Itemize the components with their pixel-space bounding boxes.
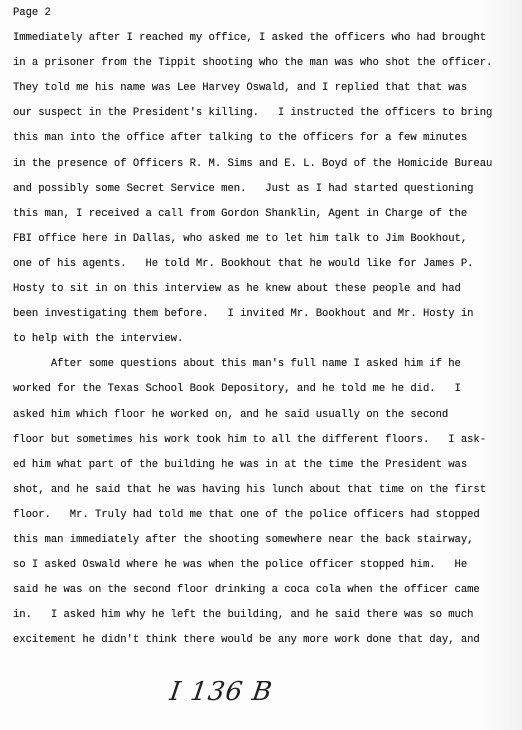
text-line: They told me his name was Lee Harvey Osw…	[13, 82, 467, 94]
text-line: this man, I received a call from Gordon …	[13, 208, 467, 220]
text-line: shot, and he said that he was having his…	[13, 484, 486, 496]
text-line: FBI office here in Dallas, who asked me …	[13, 233, 467, 245]
text-line: been investigating them before. I invite…	[13, 308, 473, 320]
text-line: excitement he didn't think there would b…	[13, 634, 480, 646]
text-line: ed him what part of the building he was …	[13, 459, 467, 471]
document-page: Page 2 Immediately after I reached my of…	[0, 0, 522, 730]
text-line: and possibly some Secret Service men. Ju…	[13, 183, 473, 195]
text-line: this man into the office after talking t…	[13, 132, 467, 144]
text-line: in the presence of Officers R. M. Sims a…	[13, 158, 492, 170]
text-line: worked for the Texas School Book Deposit…	[13, 383, 461, 395]
text-line: this man immediately after the shooting …	[13, 534, 473, 546]
text-line: After some questions about this man's fu…	[13, 358, 461, 370]
handwritten-exhibit-number: I 136 B	[168, 677, 275, 707]
page-number: Page 2	[13, 7, 51, 19]
text-line: our suspect in the President's killing. …	[13, 107, 492, 119]
text-line: said he was on the second floor drinking…	[13, 584, 480, 596]
text-line: floor but sometimes his work took him to…	[13, 434, 486, 446]
text-line: asked him which floor he worked on, and …	[13, 409, 448, 421]
text-line: to help with the interview.	[13, 333, 183, 345]
text-line: Immediately after I reached my office, I…	[13, 32, 486, 44]
text-line: Hosty to sit in on this interview as he …	[13, 283, 461, 295]
text-line: one of his agents. He told Mr. Bookhout …	[13, 258, 473, 270]
text-line: so I asked Oswald where he was when the …	[13, 559, 467, 571]
text-line: in a prisoner from the Tippit shooting w…	[13, 57, 492, 69]
text-line: in. I asked him why he left the building…	[13, 609, 473, 621]
text-line: floor. Mr. Truly had told me that one of…	[13, 509, 480, 521]
